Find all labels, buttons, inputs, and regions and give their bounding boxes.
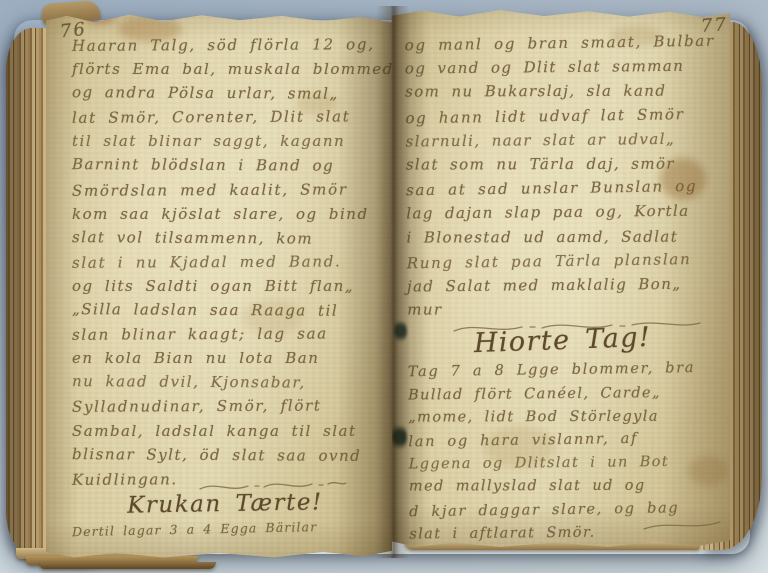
bottom-leaf-edge — [40, 562, 216, 569]
left-page-shading — [46, 12, 392, 559]
manuscript-photo: 76 Haaran Talg, söd flörla 12 og,flörts … — [0, 0, 768, 573]
left-page: 76 Haaran Talg, söd flörla 12 og,flörts … — [46, 12, 392, 559]
right-page: 77 og manl og bran smaat, Bulbarog vand … — [392, 8, 730, 549]
right-page-shading — [392, 8, 730, 549]
